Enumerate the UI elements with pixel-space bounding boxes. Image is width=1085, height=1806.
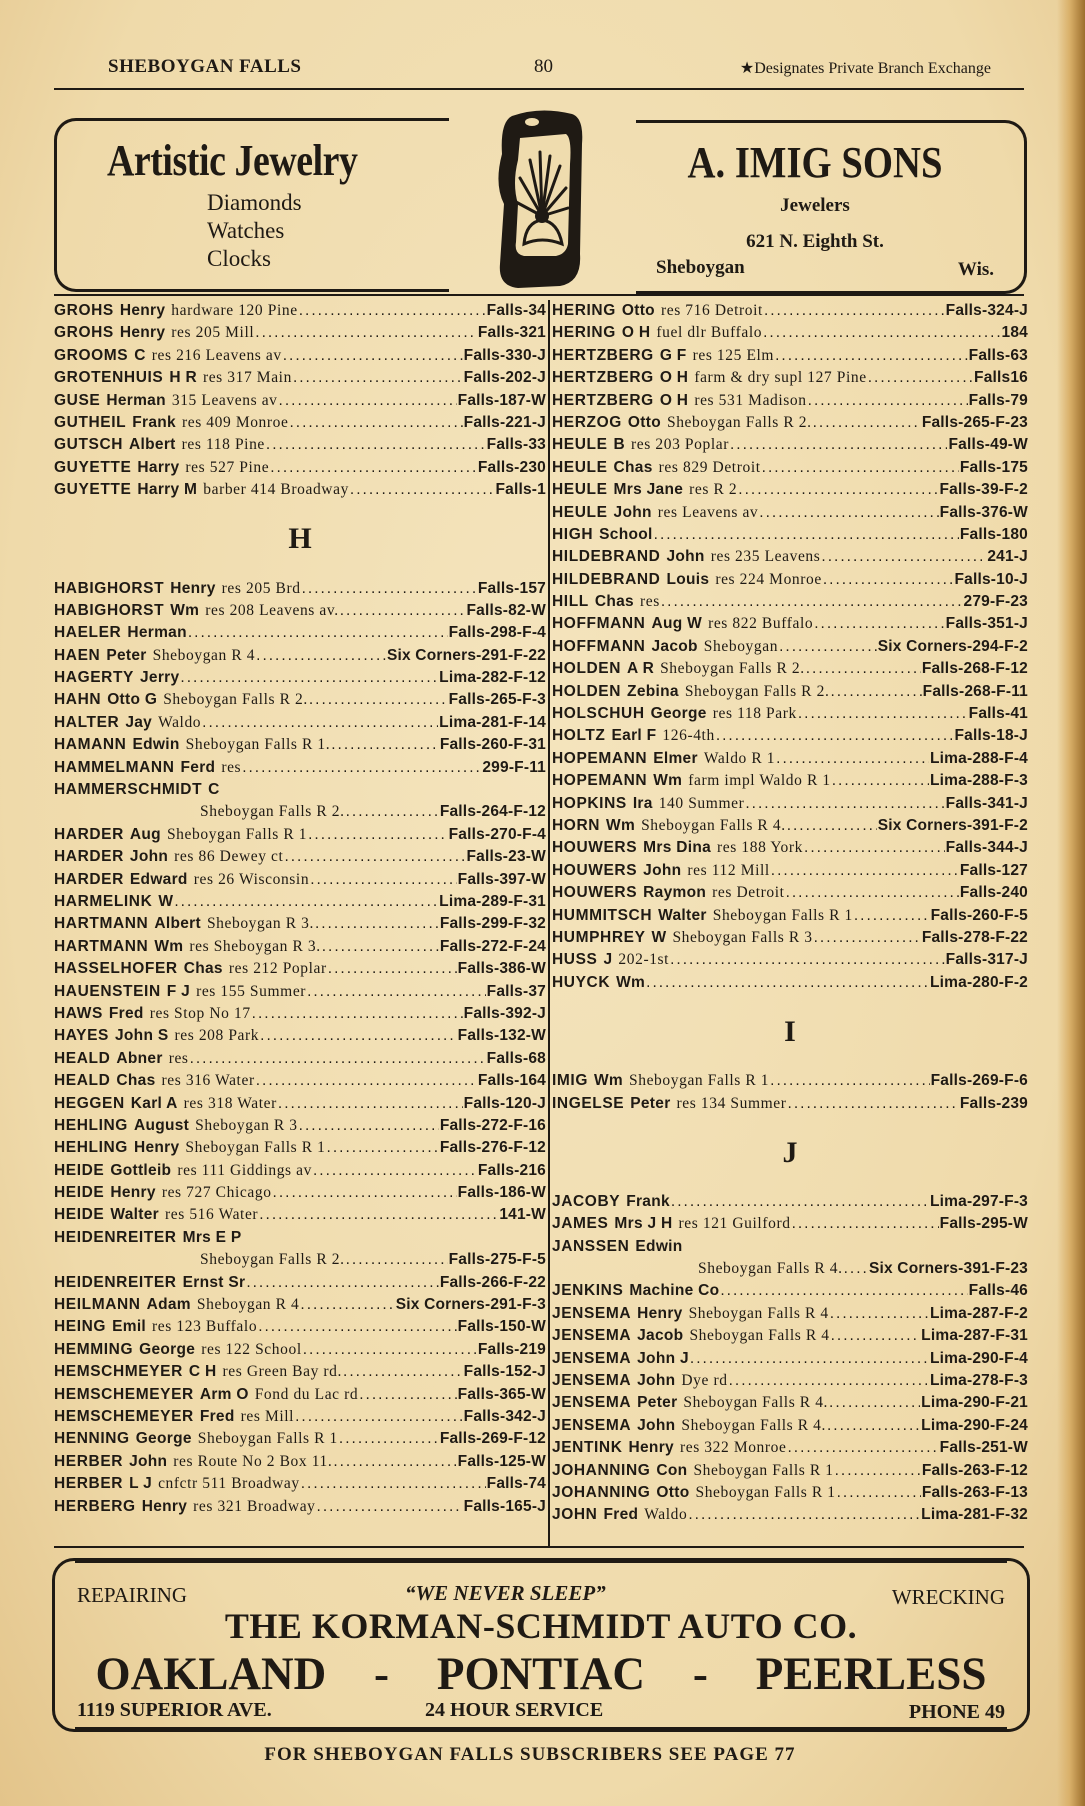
subscriber-surname: HUMPHREY <box>552 927 646 949</box>
listing-entry: HEMSCHEMEYERFredres MillFalls-342-J <box>54 1406 546 1428</box>
leader-dots <box>266 434 486 456</box>
subscriber-surname: HAWS <box>54 1003 103 1025</box>
subscriber-given-name: Chas <box>595 591 634 613</box>
subscriber-surname: HARMELINK <box>54 891 152 913</box>
subscriber-address: Sheboygan Falls R 4 <box>689 1325 829 1347</box>
leader-dots <box>299 1115 439 1137</box>
leader-dots <box>309 689 448 711</box>
subscriber-address: Sheboygan R 4 <box>153 645 256 667</box>
phone-number: Falls-321 <box>478 322 546 344</box>
subscriber-address: res 224 Monroe <box>715 569 822 591</box>
subscriber-given-name: Jacob <box>637 1325 683 1347</box>
subscriber-given-name: Henry <box>637 1303 682 1325</box>
subscriber-address: res Stop No 17 <box>150 1003 251 1025</box>
phone-number: Falls-186-W <box>458 1182 546 1204</box>
ad-service: 24 HOUR SERVICE <box>425 1699 603 1722</box>
subscriber-surname: HAEN <box>54 645 100 667</box>
phone-number: Falls-132-W <box>458 1025 546 1047</box>
subscriber-surname: HOFFMANN <box>552 613 645 635</box>
subscriber-surname: HERING <box>552 300 616 322</box>
leader-dots <box>279 390 457 412</box>
subscriber-given-name: School <box>599 524 652 546</box>
subscriber-given-name: O H <box>660 367 688 389</box>
subscriber-given-name: Henry <box>142 1496 187 1518</box>
ad-items: Diamonds Watches Clocks <box>207 189 302 273</box>
subscriber-given-name: Abner <box>116 1048 162 1070</box>
subscriber-address: Sheboygan Falls R 1 <box>713 905 853 927</box>
phone-number: Lima-288-F-4 <box>930 748 1028 770</box>
ad-company-name: THE KORMAN-SCHMIDT AUTO CO. <box>55 1605 1027 1647</box>
listing-entry: GUTSCHAlbertres 118 PineFalls-33 <box>54 434 546 456</box>
page-edge-shadow <box>1057 0 1085 1806</box>
leader-dots <box>270 457 477 479</box>
leader-dots <box>844 1258 868 1280</box>
phone-number: Falls-269-F-12 <box>440 1428 546 1450</box>
subscriber-given-name: Adam <box>147 1294 191 1316</box>
listing-entry: HOLDENZebinaSheboygan Falls R 2.Falls-26… <box>552 681 1028 703</box>
listing-entry: HERZOGOttoSheboygan Falls R 2.Falls-265-… <box>552 412 1028 434</box>
leader-dots <box>730 434 947 456</box>
subscriber-address: barber 414 Broadway <box>203 479 349 501</box>
listing-entry: JANSSENEdwin <box>552 1236 1028 1258</box>
phone-number: Falls-263-F-13 <box>922 1482 1028 1504</box>
subscriber-address: res 125 Elm <box>693 345 775 367</box>
subscriber-given-name: Otto G <box>107 689 157 711</box>
subscriber-surname: HEHLING <box>54 1115 128 1137</box>
listing-entry: JENSEMAJohnSheboygan Falls R 4.Lima-290-… <box>552 1415 1028 1437</box>
leader-dots <box>293 367 463 389</box>
listing-entry: HEALDAbnerresFalls-68 <box>54 1048 546 1070</box>
listing-entry: HAWSFredres Stop No 17Falls-392-J <box>54 1003 546 1025</box>
subscriber-address: hardware 120 Pine <box>171 300 297 322</box>
phone-number: Falls-251-W <box>940 1437 1028 1459</box>
subscriber-given-name: Karl A <box>131 1093 178 1115</box>
listing-entry: HEULEMrs Janeres R 2Falls-39-F-2 <box>552 479 1028 501</box>
subscriber-address: Sheboygan Falls R 1 <box>693 1460 833 1482</box>
listing-entry: IMIGWmSheboygan Falls R 1Falls-269-F-6 <box>552 1070 1028 1092</box>
leader-dots <box>308 824 448 846</box>
leader-dots <box>301 1473 486 1495</box>
subscriber-given-name: Peter <box>630 1093 670 1115</box>
subscriber-surname: HORN <box>552 815 600 837</box>
listing-entry: HAGERTYJerryLima-282-F-12 <box>54 667 546 689</box>
phone-number: Falls-127 <box>960 860 1028 882</box>
subscriber-given-name: Mrs Jane <box>614 479 684 501</box>
listing-entry: HOFFMANNAug Wres 822 BuffaloFalls-351-J <box>552 613 1028 635</box>
leader-dots <box>821 546 986 568</box>
subscriber-address: Sheboygan Falls R 2. <box>200 801 345 823</box>
subscriber-given-name: Edwin <box>132 734 179 756</box>
leader-dots <box>273 1182 457 1204</box>
subscriber-address: res Route No 2 Box 11. <box>173 1451 332 1473</box>
phone-number: Falls-342-J <box>464 1406 546 1428</box>
subscriber-given-name: Herman <box>106 390 166 412</box>
listing-entry: HENNINGGeorgeSheboygan Falls R 1Falls-26… <box>54 1428 546 1450</box>
subscriber-surname: HERBER <box>54 1473 123 1495</box>
subscriber-address: res 321 Broadway <box>193 1496 315 1518</box>
subscriber-given-name: John J <box>637 1348 689 1370</box>
subscriber-given-name: August <box>134 1115 189 1137</box>
phone-number: Falls-392-J <box>464 1003 546 1025</box>
subscriber-surname: HALTER <box>54 712 119 734</box>
listing-entry: HEULEBres 203 PoplarFalls-49-W <box>552 434 1028 456</box>
subscriber-given-name: Wm <box>154 936 183 958</box>
subscriber-given-name: Wm <box>616 972 645 994</box>
subscriber-address: res 26 Wisconsin <box>194 869 309 891</box>
jewelry-ad-left-panel: Artistic Jewelry Diamonds Watches Clocks <box>54 118 449 292</box>
subscriber-surname: HOPEMANN <box>552 770 647 792</box>
phone-number: Falls-260-F-31 <box>440 734 546 756</box>
subscriber-given-name: Wm <box>606 815 635 837</box>
listing-entry: HEMSCHEMEYERArm OFond du Lac rdFalls-365… <box>54 1384 546 1406</box>
listing-entry: HERTZBERGO Hfarm & dry supl 127 PineFall… <box>552 367 1028 389</box>
subscriber-address: 140 Summer <box>659 793 745 815</box>
subscriber-given-name: Earl F <box>612 725 657 747</box>
listing-entry: HALTERJayWaldoLima-281-F-14 <box>54 712 546 734</box>
phone-number: Falls-120-J <box>464 1093 546 1115</box>
header-rule <box>54 88 1024 90</box>
subscriber-given-name: John <box>130 846 168 868</box>
subscriber-given-name: Herman <box>127 622 187 644</box>
subscriber-given-name: John <box>637 1415 675 1437</box>
phone-number: Falls-82-W <box>466 600 546 622</box>
leader-dots <box>835 1460 921 1482</box>
subscriber-given-name: Mrs E P <box>183 1227 242 1249</box>
subscriber-surname: JENSEMA <box>552 1325 631 1347</box>
subscriber-given-name: Elmer <box>653 748 698 770</box>
leader-dots <box>317 1496 463 1518</box>
subscriber-surname: JAMES <box>552 1213 608 1235</box>
subscriber-address: res 203 Poplar <box>631 434 729 456</box>
page-number: 80 <box>534 56 553 78</box>
subscriber-address: farm & dry supl 127 Pine <box>694 367 866 389</box>
subscriber-surname: HERTZBERG <box>552 345 654 367</box>
jeweler-state: Wis. <box>958 259 994 281</box>
listing-entry: JENKINSMachine CoFalls-46 <box>552 1280 1028 1302</box>
phone-number: Falls-10-J <box>954 569 1028 591</box>
subscriber-address: res <box>221 757 241 779</box>
subscriber-given-name: Fred <box>200 1406 235 1428</box>
listing-entry: HAELERHermanFalls-298-F-4 <box>54 622 546 644</box>
subscriber-address: Sheboygan Falls R 4. <box>681 1415 826 1437</box>
leader-dots <box>328 958 457 980</box>
ad-phone: PHONE 49 <box>909 1701 1005 1724</box>
subscriber-address: res 134 Summer <box>677 1093 787 1115</box>
subscriber-surname: HAUENSTEIN <box>54 981 161 1003</box>
subscriber-given-name: J <box>603 949 612 971</box>
section-heading: I <box>552 994 1028 1070</box>
locality-title: SHEBOYGAN FALLS <box>108 56 302 78</box>
jeweler-subtitle: Jewelers <box>636 195 994 217</box>
subscriber-address: res 409 Monroe <box>182 412 289 434</box>
leader-dots <box>771 860 959 882</box>
leader-dots <box>827 1415 920 1437</box>
phone-number: Falls-351-J <box>946 613 1028 635</box>
subscriber-given-name: Henry <box>110 1182 155 1204</box>
phone-number: Falls-216 <box>478 1160 546 1182</box>
subscriber-address: res 112 Mill <box>687 860 769 882</box>
listing-entry: HILDEBRANDLouisres 224 MonroeFalls-10-J <box>552 569 1028 591</box>
subscriber-surname: HERZOG <box>552 412 622 434</box>
subscriber-address: farm impl Waldo R 1 <box>688 770 830 792</box>
phone-number: Falls-221-J <box>464 412 546 434</box>
leader-dots <box>716 725 954 747</box>
subscriber-surname: HAELER <box>54 622 121 644</box>
subscriber-surname: JANSSEN <box>552 1236 629 1258</box>
subscriber-address: res 111 Giddings av <box>177 1160 312 1182</box>
listing-entry: HEINGEmilres 123 BuffaloFalls-150-W <box>54 1316 546 1338</box>
leader-dots <box>792 1213 939 1235</box>
listing-entry: HUMPHREYWSheboygan Falls R 3Falls-278-F-… <box>552 927 1028 949</box>
subscriber-surname: HOUWERS <box>552 837 637 859</box>
listing-entry: HOFFMANNJacobSheboyganSix Corners-294-F-… <box>552 636 1028 658</box>
subscriber-address: res R 2 <box>689 479 737 501</box>
leader-dots <box>798 703 968 725</box>
subscriber-given-name: Albert <box>129 434 176 456</box>
subscriber-given-name: George <box>139 1339 195 1361</box>
leader-dots <box>343 1361 463 1383</box>
leader-dots <box>762 457 959 479</box>
subscriber-given-name: Henry <box>120 322 165 344</box>
subscriber-surname: HEMMING <box>54 1339 133 1361</box>
leader-dots <box>299 300 486 322</box>
phone-number: 141-W <box>499 1204 546 1226</box>
subscriber-given-name: John <box>129 1451 167 1473</box>
subscriber-surname: JENSEMA <box>552 1392 631 1414</box>
phone-number: Lima-289-F-31 <box>439 891 546 913</box>
listing-entry: GROOMSCres 216 Leavens avFalls-330-J <box>54 345 546 367</box>
listing-entry: JENTINKHenryres 322 MonroeFalls-251-W <box>552 1437 1028 1459</box>
phone-number: Lima-288-F-3 <box>930 770 1028 792</box>
phone-number: Falls-180 <box>960 524 1028 546</box>
subscriber-address: Sheboygan Falls R 2. <box>667 412 812 434</box>
ad-title: Artistic Jewelry <box>107 135 358 186</box>
phone-number: Falls-266-F-22 <box>440 1272 546 1294</box>
listing-entry: HOUWERSMrs Dinares 188 YorkFalls-344-J <box>552 837 1028 859</box>
phone-number: Falls-152-J <box>464 1361 546 1383</box>
subscriber-surname: HARTMANN <box>54 913 148 935</box>
listing-entry: HARDERAugSheboygan Falls R 1Falls-270-F-… <box>54 824 546 846</box>
phone-number: Lima-281-F-14 <box>439 712 546 734</box>
listing-entry: HASSELHOFERChasres 212 PoplarFalls-386-W <box>54 958 546 980</box>
subscriber-surname: HEIDE <box>54 1160 104 1182</box>
subscriber-given-name: Ira <box>633 793 653 815</box>
listing-continuation: Sheboygan Falls R 2.Falls-275-F-5 <box>54 1249 546 1271</box>
subscriber-surname: JENSEMA <box>552 1303 631 1325</box>
leader-dots <box>202 712 438 734</box>
subscriber-given-name: A R <box>627 658 654 680</box>
subscriber-address: res Leavens av <box>658 502 759 524</box>
phone-number: Lima-287-F-31 <box>921 1325 1028 1347</box>
leader-dots <box>763 322 1000 344</box>
subscriber-surname: HENNING <box>54 1428 130 1450</box>
listing-entry: HARDEREdwardres 26 WisconsinFalls-397-W <box>54 869 546 891</box>
phone-number: Six Corners-291-F-3 <box>396 1294 546 1316</box>
listing-entry: HEIDEGottleibres 111 Giddings avFalls-21… <box>54 1160 546 1182</box>
subscriber-surname: HOLDEN <box>552 658 621 680</box>
phone-number: Falls-68 <box>487 1048 546 1070</box>
subscriber-address: fuel dlr Buffalo <box>656 322 762 344</box>
subscriber-surname: GUTSCH <box>54 434 123 456</box>
leader-dots <box>258 1316 456 1338</box>
leader-dots <box>837 1482 921 1504</box>
leader-dots <box>190 1048 486 1070</box>
listing-entry: HEMMINGGeorgeres 122 SchoolFalls-219 <box>54 1339 546 1361</box>
subscriber-address: res <box>169 1048 189 1070</box>
phone-number: Falls-175 <box>960 457 1028 479</box>
subscriber-given-name: Henry <box>629 1437 674 1459</box>
subscriber-surname: HUYCK <box>552 972 610 994</box>
phone-number: Falls-265-F-23 <box>922 412 1028 434</box>
subscriber-given-name: Edwin <box>635 1236 682 1258</box>
leader-dots <box>310 869 456 891</box>
subscriber-surname: HEULE <box>552 479 608 501</box>
leader-dots <box>738 479 938 501</box>
phone-number: Falls-276-F-12 <box>440 1137 546 1159</box>
phone-number: Falls-365-W <box>458 1384 546 1406</box>
subscriber-surname: HEALD <box>54 1048 110 1070</box>
subscriber-given-name: Peter <box>637 1392 677 1414</box>
jeweler-address: 621 N. Eighth St. <box>636 231 994 253</box>
phone-number: Falls-330-J <box>464 345 546 367</box>
listing-entry: HARTMANNWmres Sheboygan R 3.Falls-272-F-… <box>54 936 546 958</box>
ad-brands: OAKLAND - PONTIAC - PEERLESS <box>96 1647 987 1701</box>
subscriber-address: res 727 Chicago <box>162 1182 272 1204</box>
leader-dots <box>283 345 463 367</box>
section-heading: H <box>54 502 546 578</box>
listing-entry: HOPEMANNWmfarm impl Waldo R 1Lima-288-F-… <box>552 770 1028 792</box>
phone-number: Falls-265-F-3 <box>449 689 546 711</box>
subscriber-given-name: Jacob <box>651 636 697 658</box>
subscriber-address: Waldo <box>158 712 201 734</box>
phone-number: Falls-295-W <box>940 1213 1028 1235</box>
subscriber-given-name: Edward <box>130 869 188 891</box>
listing-entry: HILDEBRANDJohnres 235 Leavens241-J <box>552 546 1028 568</box>
leader-dots <box>788 1093 959 1115</box>
subscriber-address: Sheboygan Falls R 1 <box>695 1482 835 1504</box>
listing-entry: HERBERJohnres Route No 2 Box 11.Falls-12… <box>54 1451 546 1473</box>
subscriber-surname: HEIDE <box>54 1204 104 1226</box>
phone-number: Falls-46 <box>969 1280 1028 1302</box>
subscriber-given-name: Henry <box>170 578 215 600</box>
subscriber-address: res 527 Pine <box>185 457 269 479</box>
subscriber-address: Sheboygan Falls R 2. <box>685 681 830 703</box>
listing-entry: HORNWmSheboygan Falls R 4.Six Corners-39… <box>552 815 1028 837</box>
leader-dots <box>333 1451 456 1473</box>
leader-dots <box>300 1294 394 1316</box>
page-footer: FOR SHEBOYGAN FALLS SUBSCRIBERS SEE PAGE… <box>0 1744 1060 1766</box>
listing-entry: JENSEMAHenrySheboygan Falls R 4Lima-287-… <box>552 1303 1028 1325</box>
listing-entry: HEIDEWalterres 516 Water141-W <box>54 1204 546 1226</box>
phone-number: Falls-260-F-5 <box>931 905 1028 927</box>
subscriber-address: res 531 Madison <box>694 390 806 412</box>
listing-entry: JENSEMAPeterSheboygan Falls R 4.Lima-290… <box>552 1392 1028 1414</box>
phone-number: Falls-219 <box>478 1339 546 1361</box>
subscriber-address: res 118 Park <box>713 703 797 725</box>
listing-entry: HEIDEHenryres 727 ChicagoFalls-186-W <box>54 1182 546 1204</box>
subscriber-surname: HOFFMANN <box>552 636 645 658</box>
listing-entry: JAMESMrs J Hres 121 GuilfordFalls-295-W <box>552 1213 1028 1235</box>
subscriber-surname: HEMSCHEMEYER <box>54 1406 194 1428</box>
leader-dots <box>246 1272 439 1294</box>
leader-dots <box>814 927 921 949</box>
subscriber-surname: HERTZBERG <box>552 367 654 389</box>
phone-number: Falls-187-W <box>458 390 546 412</box>
subscriber-given-name: Arm O <box>200 1384 249 1406</box>
right-listing-column: HERINGOttores 716 DetroitFalls-324-JHERI… <box>552 300 1028 1527</box>
brand-oakland: OAKLAND <box>96 1647 327 1701</box>
phone-number: Falls-324-J <box>946 300 1028 322</box>
jewelry-ad-right-panel: A. IMIG SONS Jewelers 621 N. Eighth St. … <box>636 120 1027 294</box>
subscriber-address: Sheboygan Falls R 4. <box>698 1258 843 1280</box>
subscriber-address: res 121 Guilford <box>679 1213 791 1235</box>
subscriber-given-name: Walter <box>110 1204 159 1226</box>
subscriber-address: res 205 Mill <box>171 322 254 344</box>
subscriber-given-name: Mrs Dina <box>643 837 711 859</box>
leader-dots <box>346 1249 448 1271</box>
phone-number: Lima-282-F-12 <box>439 667 546 689</box>
subscriber-surname: HEULE <box>552 457 608 479</box>
subscriber-given-name: Otto <box>656 1482 689 1504</box>
subscriber-surname: JENTINK <box>552 1437 623 1459</box>
subscriber-address: Sheboygan R 3 <box>195 1115 298 1137</box>
subscriber-given-name: W <box>652 927 667 949</box>
phone-number: Falls-164 <box>478 1070 546 1092</box>
listing-entry: HERINGO Hfuel dlr Buffalo184 <box>552 322 1028 344</box>
leader-dots <box>180 667 438 689</box>
subscriber-given-name: George <box>651 703 707 725</box>
listing-entry: GROHSHenryhardware 120 PineFalls-34 <box>54 300 546 322</box>
subscriber-address: res 822 Buffalo <box>708 613 813 635</box>
leader-dots <box>313 1160 477 1182</box>
subscriber-given-name: Jerry <box>140 667 179 689</box>
subscriber-given-name: C H <box>189 1361 217 1383</box>
subscriber-address: res Mill <box>241 1406 294 1428</box>
leader-dots <box>770 1070 930 1092</box>
phone-number: Lima-287-F-2 <box>930 1303 1028 1325</box>
subscriber-surname: INGELSE <box>552 1093 624 1115</box>
leader-dots <box>831 1325 921 1347</box>
listing-entry: HARDERJohnres 86 Dewey ctFalls-23-W <box>54 846 546 868</box>
phone-number: Falls-63 <box>969 345 1028 367</box>
subscriber-surname: HEALD <box>54 1070 110 1092</box>
ad-bottom-bar <box>75 1727 1007 1732</box>
subscriber-surname: HOLTZ <box>552 725 606 747</box>
listing-entry: HAENPeterSheboygan R 4Six Corners-291-F-… <box>54 645 546 667</box>
phone-number: Falls-230 <box>478 457 546 479</box>
phone-number: Lima-278-F-3 <box>930 1370 1028 1392</box>
phone-number: Lima-281-F-32 <box>921 1504 1028 1526</box>
subscriber-address: res 208 Park <box>174 1025 259 1047</box>
leader-dots <box>302 578 477 600</box>
phone-number: Falls-157 <box>478 578 546 600</box>
subscriber-surname: HAMANN <box>54 734 126 756</box>
subscriber-given-name: Aug <box>130 824 161 846</box>
subscriber-given-name: Zebina <box>627 681 679 703</box>
phone-number: 184 <box>1002 322 1028 344</box>
subscriber-given-name: Frank <box>132 412 176 434</box>
phone-number: Falls-341-J <box>946 793 1028 815</box>
subscriber-surname: HEMSCHMEYER <box>54 1361 183 1383</box>
subscriber-given-name: Wm <box>170 600 199 622</box>
subscriber-address: Waldo R 1 <box>704 748 775 770</box>
subscriber-given-name: Emil <box>112 1316 146 1338</box>
listing-entry: HERTZBERGG Fres 125 ElmFalls-63 <box>552 345 1028 367</box>
phone-number: Falls-272-F-24 <box>440 936 546 958</box>
phone-number: Falls-150-W <box>458 1316 546 1338</box>
subscriber-surname: JOHANNING <box>552 1482 650 1504</box>
ad-item: Watches <box>207 217 302 245</box>
